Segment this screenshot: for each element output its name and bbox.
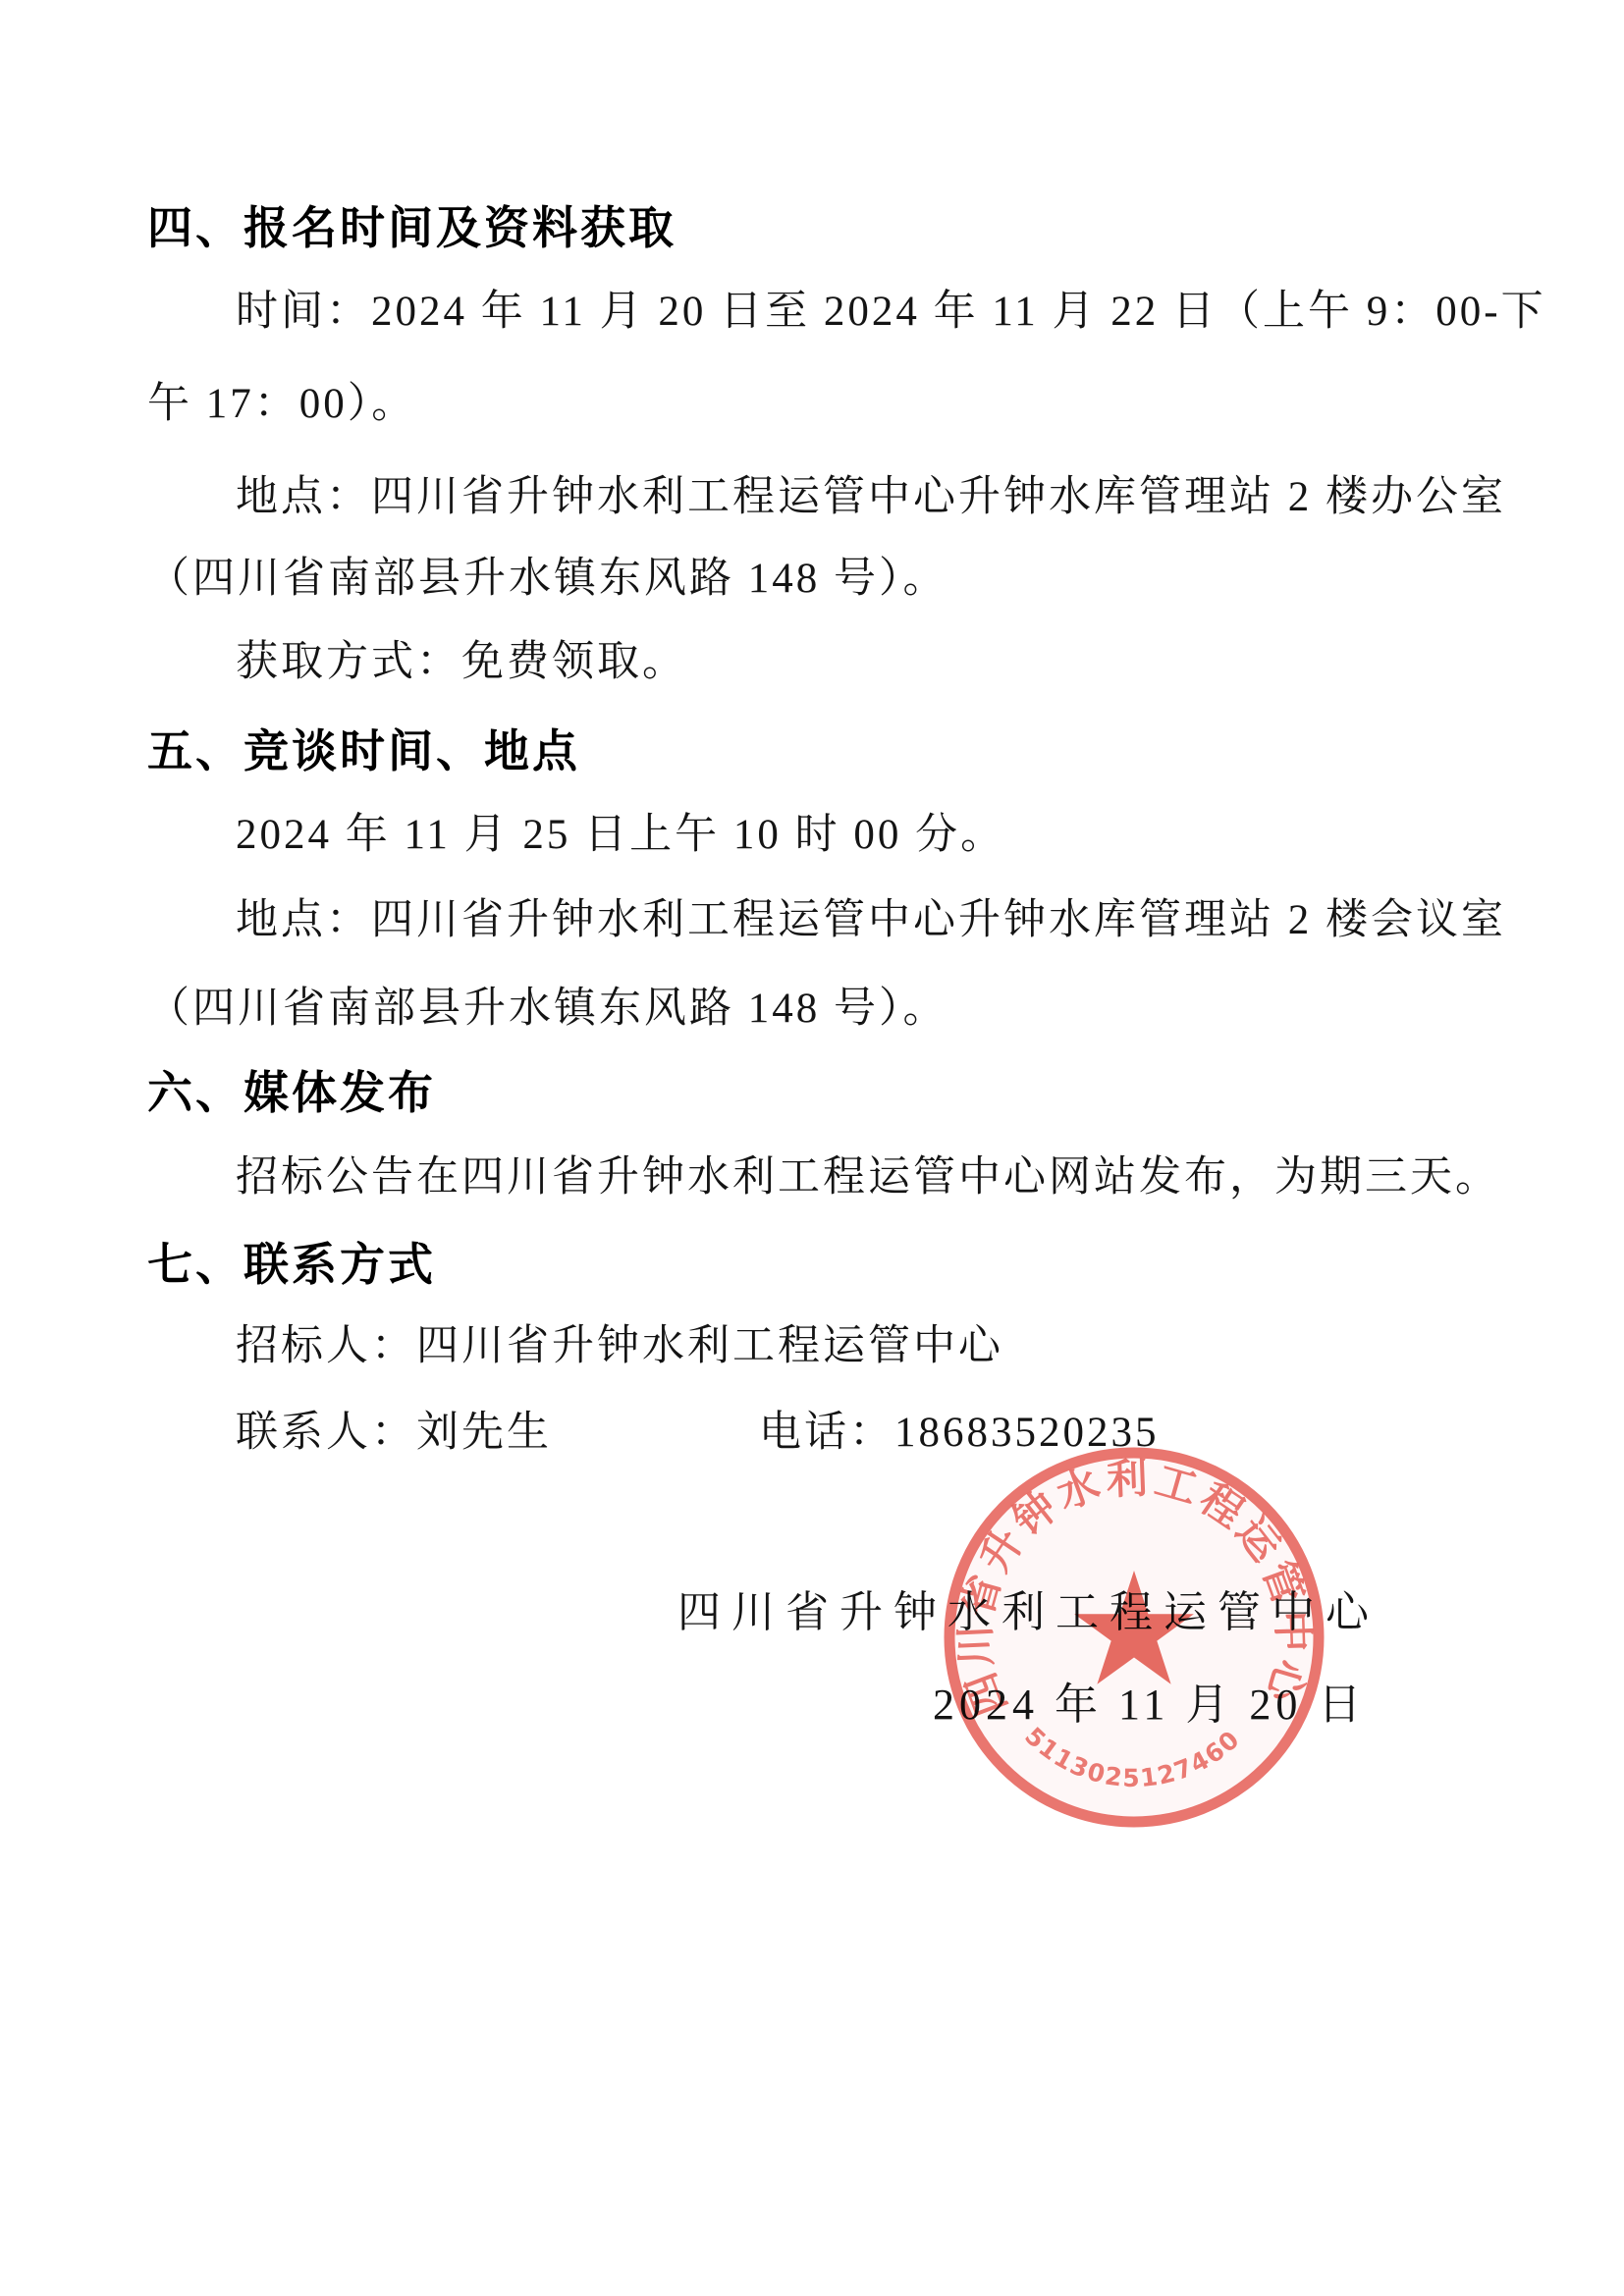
body-line-time: 时间：2024 年 11 月 20 日至 2024 年 11 月 22 日（上午… xyxy=(236,283,1546,342)
body-line-talk-time: 2024 年 11 月 25 日上午 10 时 00 分。 xyxy=(236,806,1005,865)
section-5-heading: 五、竞谈时间、地点 xyxy=(147,721,580,780)
section-4-heading: 四、报名时间及资料获取 xyxy=(147,198,677,257)
section-6-heading: 六、媒体发布 xyxy=(147,1063,436,1122)
body-line-time-wrap: 午 17：00）。 xyxy=(147,375,416,434)
body-line-place-wrap: （四川省南部县升水镇东风路 148 号）。 xyxy=(147,550,948,609)
body-line-media: 招标公告在四川省升钟水利工程运管中心网站发布，为期三天。 xyxy=(236,1148,1500,1207)
body-line-obtain: 获取方式：免费领取。 xyxy=(236,633,687,692)
body-line-talk-place: 地点：四川省升钟水利工程运管中心升钟水库管理站 2 楼会议室 xyxy=(236,891,1506,950)
official-stamp: 四川省升钟水利工程运管中心 5113025127460 xyxy=(928,1431,1340,1843)
document-page: 四、报名时间及资料获取 时间：2024 年 11 月 20 日至 2024 年 … xyxy=(0,0,1624,2296)
body-line-tenderer: 招标人：四川省升钟水利工程运管中心 xyxy=(236,1317,1003,1376)
body-line-contact-person: 联系人：刘先生 xyxy=(236,1404,552,1463)
section-7-heading: 七、联系方式 xyxy=(147,1235,436,1294)
body-line-place: 地点：四川省升钟水利工程运管中心升钟水库管理站 2 楼办公室 xyxy=(236,468,1506,527)
body-line-talk-place-wrap: （四川省南部县升水镇东风路 148 号）。 xyxy=(147,980,948,1039)
